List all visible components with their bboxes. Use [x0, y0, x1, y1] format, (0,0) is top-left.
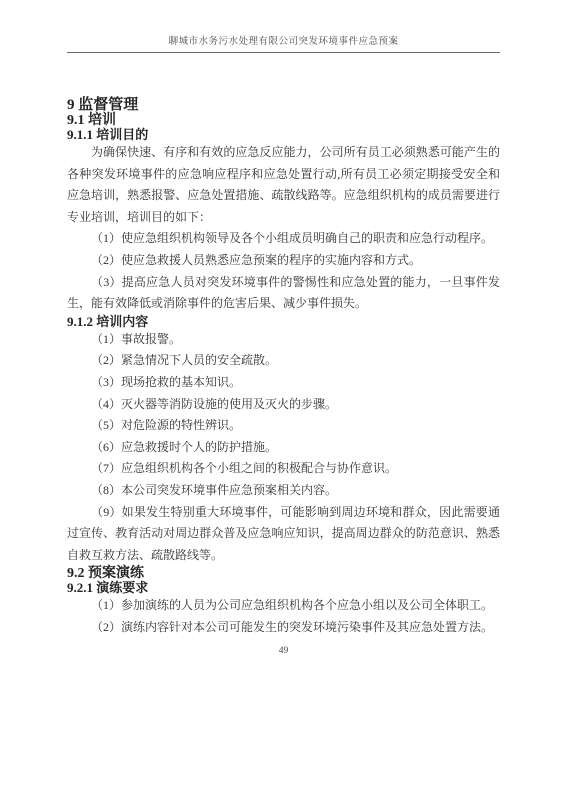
chapter-heading: 9 监督管理	[67, 97, 500, 113]
list-item: （8）本公司突发环境事件应急预案相关内容。	[67, 480, 500, 502]
list-item: （4）灭火器等消防设施的使用及灭火的步骤。	[67, 394, 500, 416]
page-number: 49	[279, 646, 289, 656]
list-item: （2）紧急情况下人员的安全疏散。	[67, 350, 500, 372]
page-footer: 49	[67, 646, 500, 656]
header-title: 聊城市水务污水处理有限公司突发环境事件应急预案	[67, 36, 500, 49]
subsection-heading-9-1-2: 9.1.2 培训内容	[67, 315, 500, 329]
page-header: 聊城市水务污水处理有限公司突发环境事件应急预案	[67, 0, 500, 53]
section-heading-9-1: 9.1 培训	[67, 113, 500, 128]
document-page: 聊城市水务污水处理有限公司突发环境事件应急预案 9 监督管理 9.1 培训 9.…	[0, 0, 566, 800]
list-item: （5）对危险源的特性辨识。	[67, 415, 500, 437]
list-item: （1）事故报警。	[67, 329, 500, 351]
list-item: （7）应急组织机构各个小组之间的积极配合与协作意识。	[67, 458, 500, 480]
list-item: （1）使应急组织机构领导及各个小组成员明确自己的职责和应急行动程序。	[67, 228, 500, 250]
list-item: （1）参加演练的人员为公司应急组织机构各个应急小组以及公司全体职工。	[67, 595, 500, 617]
list-item: （6）应急救援时个人的防护措施。	[67, 437, 500, 459]
list-item: （2）使应急救援人员熟悉应急预案的程序的实施内容和方式。	[67, 250, 500, 272]
list-item: （2）演练内容针对本公司可能发生的突发环境污染事件及其应急处置方法。	[67, 617, 500, 639]
list-item: （3）现场抢救的基本知识。	[67, 372, 500, 394]
list-item: （3）提高应急人员对突发环境事件的警惕性和应急处置的能力，一旦事件发生，能有效降…	[67, 272, 500, 315]
section-heading-9-2: 9.2 预案演练	[67, 566, 500, 581]
list-item: （9）如果发生特别重大环境事件，可能影响到周边环境和群众，因此需要通过宣传、教育…	[67, 502, 500, 567]
subsection-heading-9-1-1: 9.1.1 培训目的	[67, 128, 500, 142]
paragraph-training-purpose-intro: 为确保快速、有序和有效的应急反应能力，公司所有员工必须熟悉可能产生的各种突发环境…	[67, 142, 500, 228]
subsection-heading-9-2-1: 9.2.1 演练要求	[67, 581, 500, 595]
